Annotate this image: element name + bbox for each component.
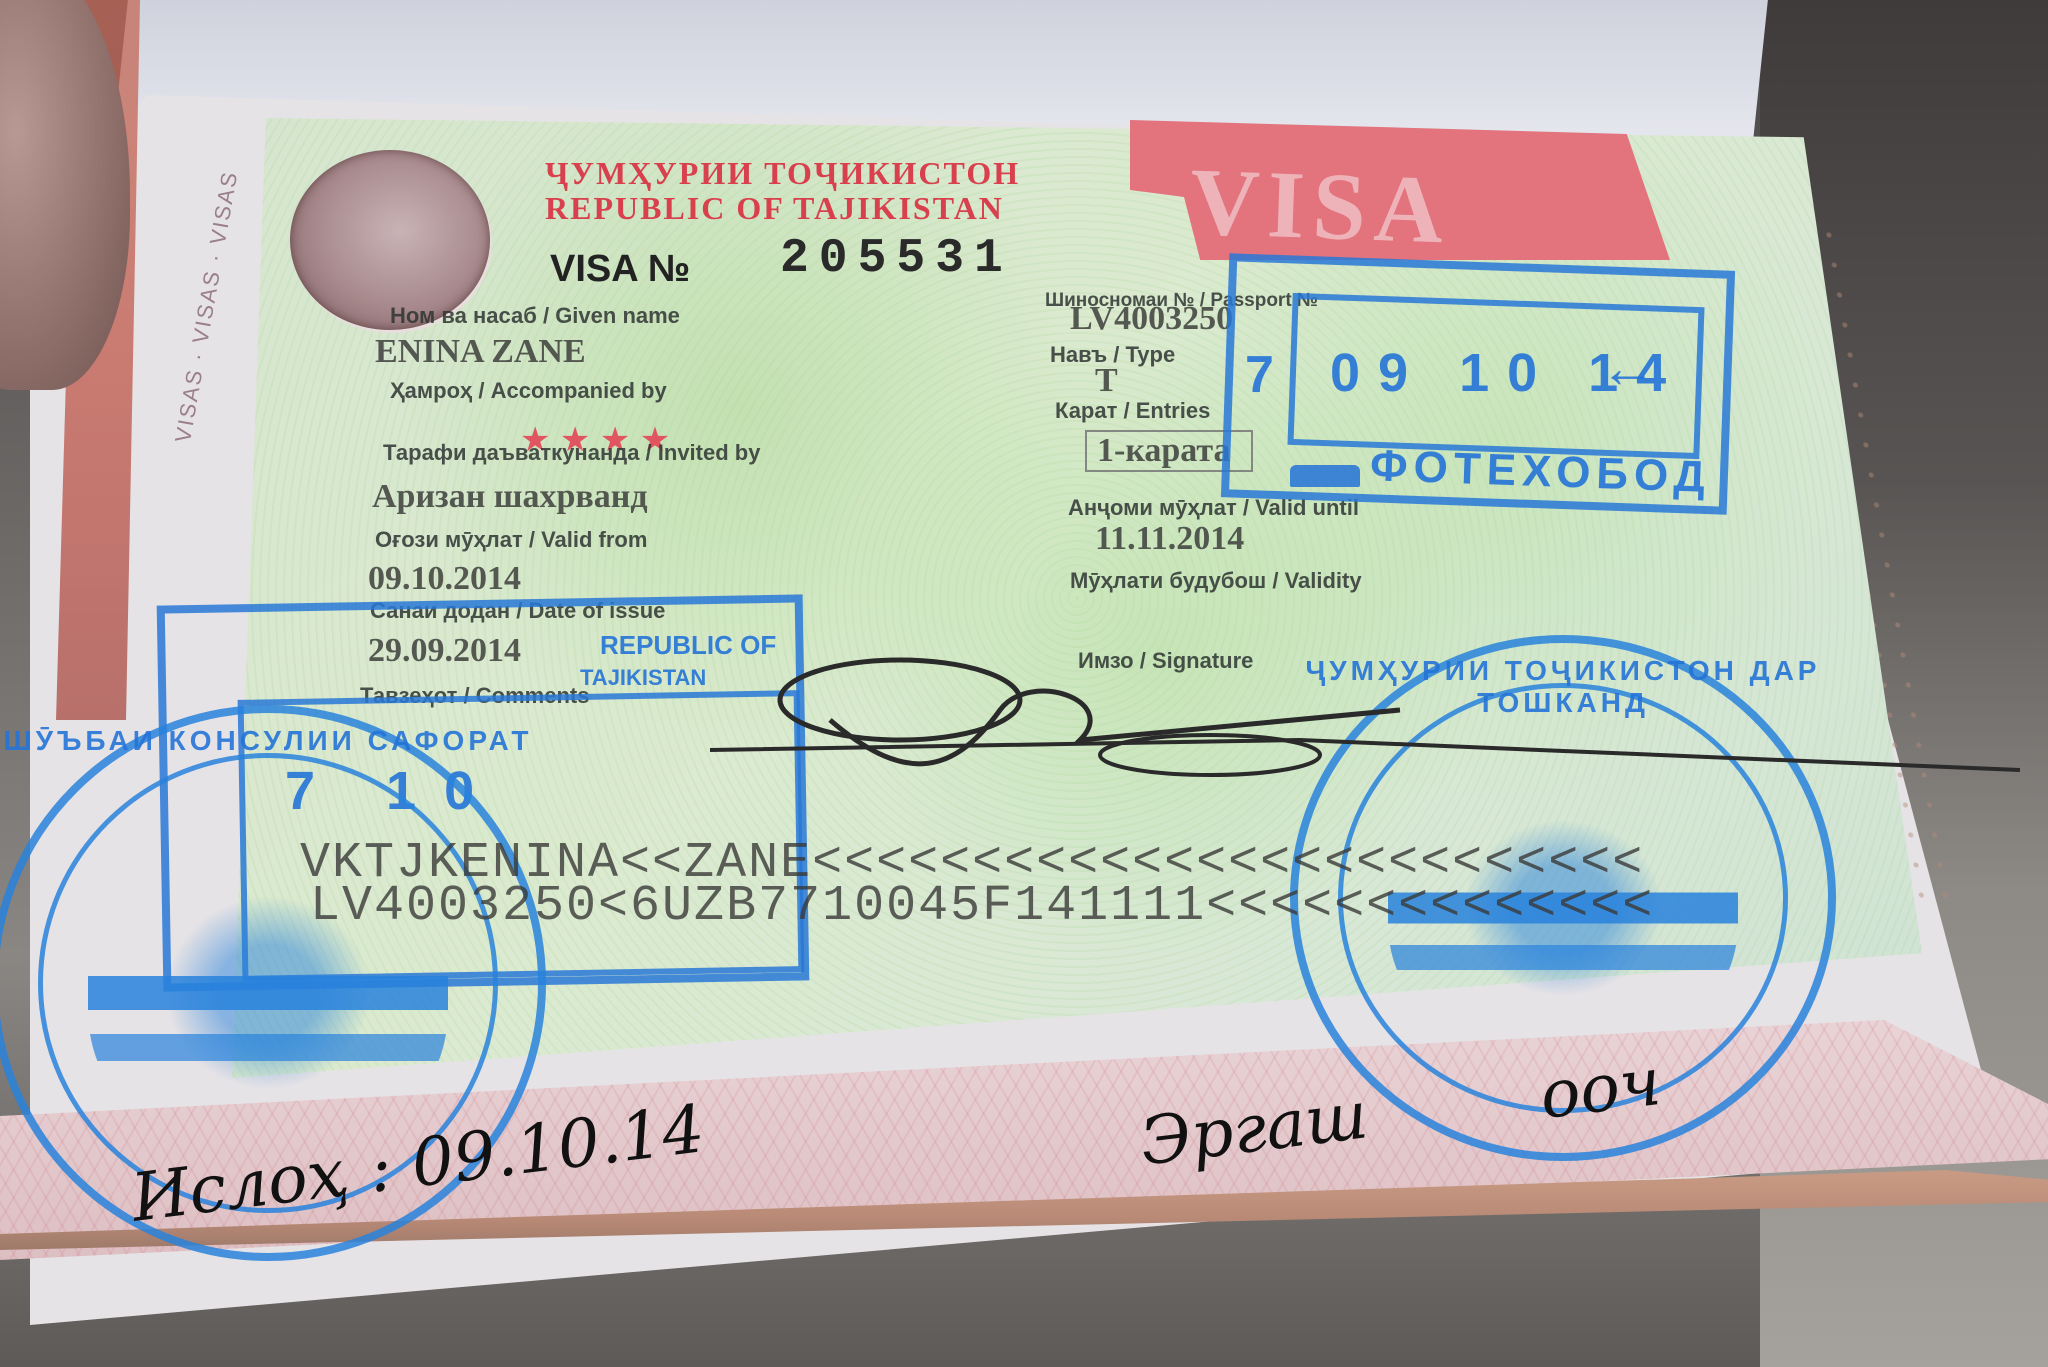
- car-icon: [1290, 465, 1360, 487]
- mrz-line-2: LV4003250<6UZB7710045F141111<<<<<<<<<<<<…: [310, 878, 1654, 935]
- validity-label: Мӯҳлати будубош / Validity: [1070, 568, 1362, 594]
- valid-from: 09.10.2014: [368, 560, 521, 598]
- given-name: ENINA ZANE: [375, 333, 586, 371]
- handwritten-signature-2: ооч: [1536, 1043, 1665, 1134]
- valid-from-label: Оғози мӯҳлат / Valid from: [375, 527, 647, 553]
- accompanied-label: Ҳамроҳ / Accompanied by: [390, 378, 667, 404]
- visa-number: 205531: [780, 232, 1013, 286]
- seal-left-text: ШӮЪБАИ КОНСУЛИИ САФОРАТ: [0, 725, 538, 757]
- valid-until: 11.11.2014: [1095, 520, 1244, 558]
- passport-number: LV4003250: [1070, 300, 1233, 338]
- signature-icon: [700, 640, 2020, 800]
- header-english: REPUBLIC OF TAJIKISTAN: [545, 190, 1004, 227]
- header-tajik: ҶУМҲУРИИ ТОҶИКИСТОН: [545, 155, 1020, 192]
- visa-banner-text: VISA: [1188, 145, 1453, 265]
- invited-by: Аризан шахрванд: [372, 478, 648, 516]
- arrow-left-icon: ←: [1600, 335, 1656, 400]
- entries-label: Карат / Entries: [1055, 398, 1210, 424]
- given-name-label: Ном ва насаб / Given name: [390, 303, 680, 329]
- lower-stamp-text-2: TAJIKISTAN: [580, 665, 706, 691]
- invited-label: Тарафи даъваткунанда / Invited by: [383, 440, 760, 466]
- visa-type: T: [1095, 362, 1118, 400]
- entry-stamp-digit: 7: [1245, 345, 1274, 405]
- visa-number-label: VISA №: [550, 248, 690, 291]
